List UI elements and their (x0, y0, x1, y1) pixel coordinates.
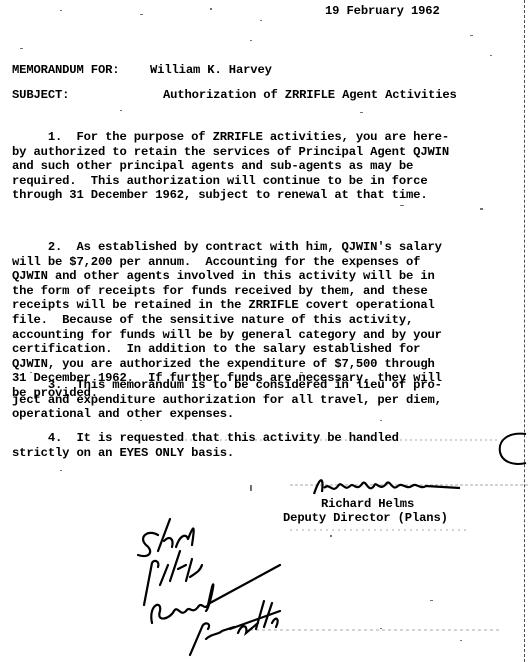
paragraph-line: required. This authorization will contin… (12, 174, 512, 189)
subject-label: SUBJECT: (12, 88, 69, 102)
subject-text: Authorization of ZRRIFLE Agent Activitie… (163, 88, 457, 102)
signatory-name: Richard Helms (321, 497, 414, 511)
paragraph-line: 1. For the purpose of ZRRIFLE activities… (12, 130, 512, 145)
handwritten-annotation (130, 515, 330, 662)
handwritten-signature (310, 472, 470, 498)
paragraph-line: QJWIN and other agents involved in this … (12, 269, 512, 284)
paragraph-line: strictly on an EYES ONLY basis. (12, 446, 512, 461)
paragraph-line: 2. As established by contract with him, … (12, 240, 512, 255)
paragraph-4: 4. It is requested that this activity be… (12, 431, 512, 460)
paragraph-line: file. Because of the sensitive nature of… (12, 313, 512, 328)
paragraph-line: accounting for funds will be by general … (12, 328, 512, 343)
paragraph-line: 4. It is requested that this activity be… (12, 431, 512, 446)
paragraph-line: certification. In addition to the salary… (12, 342, 512, 357)
memorandum-page: 19 February 1962 MEMORANDUM FOR: William… (0, 0, 528, 662)
paragraph-line: QJWIN, you are authorized the expenditur… (12, 357, 512, 372)
paragraph-line: receipts will be retained in the ZRRIFLE… (12, 298, 512, 313)
memorandum-recipient: William K. Harvey (150, 63, 272, 77)
paragraph-2: 2. As established by contract with him, … (12, 240, 512, 401)
paragraph-line: the form of receipts for funds received … (12, 284, 512, 299)
paragraph-line: and such other principal agents and sub-… (12, 159, 512, 174)
margin-circle-mark (496, 430, 528, 470)
paragraph-line: 3. This memorandum is to be considered i… (12, 378, 512, 393)
memorandum-for-label: MEMORANDUM FOR: (12, 63, 119, 77)
paragraph-1: 1. For the purpose of ZRRIFLE activities… (12, 130, 512, 203)
paragraph-line: through 31 December 1962, subject to ren… (12, 188, 512, 203)
memo-date: 19 February 1962 (325, 4, 440, 18)
paragraph-line: by authorized to retain the services of … (12, 145, 512, 160)
paragraph-line: will be $7,200 per annum. Accounting for… (12, 255, 512, 270)
paragraph-line: ject and expenditure authorization for a… (12, 393, 512, 408)
page-edge-border (523, 0, 525, 662)
paragraph-3: 3. This memorandum is to be considered i… (12, 378, 512, 422)
paragraph-line: operational and other expenses. (12, 407, 512, 422)
